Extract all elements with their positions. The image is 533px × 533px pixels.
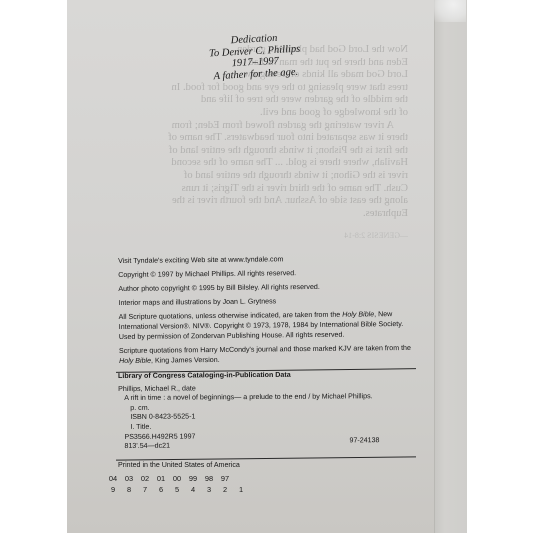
bleed-line: A river watering the garden flowed from … bbox=[258, 120, 408, 133]
holy-bible-italic: Holy Bible bbox=[119, 357, 151, 365]
print-year: 98 bbox=[201, 474, 217, 483]
print-number: 1 bbox=[233, 485, 249, 494]
cip-lccn: 97-24138 bbox=[349, 436, 379, 446]
print-number: 2 bbox=[217, 485, 233, 494]
print-year: 02 bbox=[137, 474, 153, 483]
bleed-line: trees that were pleasing to the eye and … bbox=[258, 82, 408, 95]
bleed-line: of the knowledge of good and evil. bbox=[258, 107, 408, 120]
bleed-line: Havilah, where there is gold. ... The na… bbox=[258, 157, 408, 170]
copyright-line: Copyright © 1997 by Michael Phillips. Al… bbox=[118, 267, 428, 280]
light-reflection bbox=[434, 0, 466, 22]
bleed-line: —GENESIS 2:8-14 bbox=[258, 230, 408, 243]
print-year: 99 bbox=[185, 474, 201, 483]
print-years: 0403020100999897 bbox=[105, 474, 233, 483]
website-line: Visit Tyndale's exciting Web site at www… bbox=[118, 253, 428, 266]
print-number: 9 bbox=[105, 485, 121, 494]
print-year: 00 bbox=[169, 474, 185, 483]
book-gutter bbox=[434, 0, 467, 533]
copyright-block: Visit Tyndale's exciting Web site at www… bbox=[118, 253, 429, 366]
bleed-line: Cush. The name of the third river is the… bbox=[258, 183, 408, 196]
cip-block: Library of Congress Cataloging-in-Public… bbox=[118, 370, 429, 452]
bleed-line: there it was separated into four headwat… bbox=[258, 132, 408, 145]
bleed-line: the first is the Pishon; it winds throug… bbox=[258, 145, 408, 158]
bleed-line: along the east side of Asshur. And the f… bbox=[258, 195, 408, 208]
bleed-line: river is the Gihon; it winds through the… bbox=[258, 170, 408, 183]
print-number: 5 bbox=[169, 485, 185, 494]
print-year: 03 bbox=[121, 474, 137, 483]
bleed-line: the middle of the garden were the tree o… bbox=[258, 94, 408, 107]
print-number: 3 bbox=[201, 485, 217, 494]
author-photo-line: Author photo copyright © 1995 by Bill Bi… bbox=[118, 281, 428, 294]
holy-bible-italic: Holy Bible bbox=[342, 310, 374, 318]
scripture-text: , New bbox=[374, 310, 392, 318]
printed-line: Printed in the United States of America bbox=[118, 461, 240, 469]
print-numbers: 987654321 bbox=[105, 485, 249, 494]
dedication-block: Dedication To Denver C. Phillips 1917–19… bbox=[199, 31, 311, 83]
cip-title: Library of Congress Cataloging-in-Public… bbox=[118, 370, 428, 382]
interior-line: Interior maps and illustrations by Joan … bbox=[118, 295, 428, 308]
print-number: 8 bbox=[121, 485, 137, 494]
scripture-line: Used by permission of Zondervan Publishi… bbox=[119, 329, 429, 342]
print-year: 97 bbox=[217, 474, 233, 483]
bleed-line: Euphrates. bbox=[258, 208, 408, 221]
kjv-text: , King James Version. bbox=[151, 356, 220, 365]
print-year: 04 bbox=[105, 474, 121, 483]
print-number: 7 bbox=[137, 485, 153, 494]
print-year: 01 bbox=[153, 474, 169, 483]
print-number: 6 bbox=[153, 485, 169, 494]
print-number: 4 bbox=[185, 485, 201, 494]
